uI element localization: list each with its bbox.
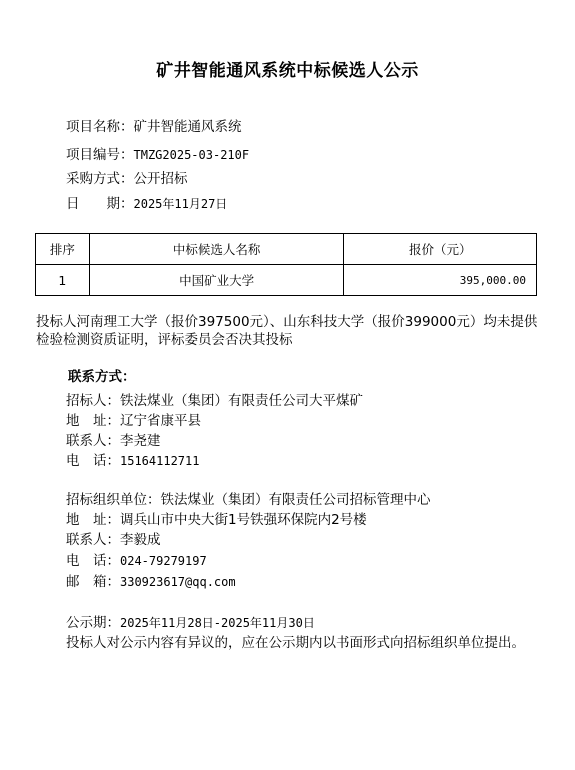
project-name-label: 项目名称： xyxy=(66,119,134,135)
agency-address-label: 地 址： xyxy=(66,512,120,528)
page-title: 矿井智能通风系统中标候选人公示 xyxy=(0,56,575,81)
agency-phone-label: 电 话： xyxy=(66,553,120,569)
header-price: 报价（元） xyxy=(344,234,537,265)
project-number-value: TMZG2025-03-210F xyxy=(134,148,250,162)
agency-row: 招标组织单位：铁法煤业（集团）有限责任公司招标管理中心 xyxy=(66,491,431,509)
date-value: 2025年11月27日 xyxy=(134,197,228,211)
tenderer-phone-value: 15164112711 xyxy=(120,454,199,468)
agency-email-label: 邮 箱： xyxy=(66,574,120,590)
procurement-method-label: 采购方式： xyxy=(66,171,134,187)
header-rank: 排序 xyxy=(36,234,90,265)
agency-label: 招标组织单位： xyxy=(66,492,161,508)
cell-candidate-name: 中国矿业大学 xyxy=(89,265,344,296)
project-number-row: 项目编号：TMZG2025-03-210F xyxy=(66,146,249,164)
tenderer-contact-row: 联系人：李尧建 xyxy=(66,432,161,450)
tenderer-row: 招标人：铁法煤业（集团）有限责任公司大平煤矿 xyxy=(66,392,363,410)
tenderer-address-row: 地 址：辽宁省康平县 xyxy=(66,412,201,430)
tenderer-phone-label: 电 话： xyxy=(66,453,120,469)
agency-phone-row: 电 话：024-79279197 xyxy=(66,552,207,570)
cell-rank: 1 xyxy=(36,265,90,296)
table-header-row: 排序 中标候选人名称 报价（元） xyxy=(36,234,537,265)
procurement-method-value: 公开招标 xyxy=(134,171,188,187)
tenderer-label: 招标人： xyxy=(66,393,120,409)
header-candidate-name: 中标候选人名称 xyxy=(89,234,344,265)
tenderer-contact-label: 联系人： xyxy=(66,433,120,449)
table-row: 1 中国矿业大学 395,000.00 xyxy=(36,265,537,296)
tenderer-address-value: 辽宁省康平县 xyxy=(120,413,201,429)
contact-heading: 联系方式： xyxy=(68,368,136,386)
date-row: 日 期：2025年11月27日 xyxy=(66,195,227,213)
tenderer-address-label: 地 址： xyxy=(66,413,120,429)
agency-contact-label: 联系人： xyxy=(66,532,120,548)
agency-contact-row: 联系人：李毅成 xyxy=(66,531,161,549)
procurement-method-row: 采购方式：公开招标 xyxy=(66,170,188,188)
agency-contact-value: 李毅成 xyxy=(120,532,161,548)
publicity-period-value: 2025年11月28日-2025年11月30日 xyxy=(120,616,315,630)
project-number-label: 项目编号： xyxy=(66,147,134,163)
agency-address-value: 调兵山市中央大街1号铁强环保院内2号楼 xyxy=(120,512,367,528)
agency-value: 铁法煤业（集团）有限责任公司招标管理中心 xyxy=(161,492,431,508)
agency-email-value: 330923617@qq.com xyxy=(120,575,236,589)
rejection-note: 投标人河南理工大学（报价397500元）、山东科技大学（报价399000元）均未… xyxy=(36,313,546,349)
candidate-table: 排序 中标候选人名称 报价（元） 1 中国矿业大学 395,000.00 xyxy=(35,233,537,296)
project-name-value: 矿井智能通风系统 xyxy=(134,119,242,135)
agency-email-row: 邮 箱：330923617@qq.com xyxy=(66,573,236,591)
publicity-period-label: 公示期： xyxy=(66,615,120,631)
date-label: 日 期： xyxy=(66,196,134,212)
tenderer-value: 铁法煤业（集团）有限责任公司大平煤矿 xyxy=(120,393,363,409)
tenderer-phone-row: 电 话：15164112711 xyxy=(66,452,199,470)
agency-address-row: 地 址：调兵山市中央大街1号铁强环保院内2号楼 xyxy=(66,511,367,529)
project-name-row: 项目名称：矿井智能通风系统 xyxy=(66,118,242,136)
publicity-period-row: 公示期：2025年11月28日-2025年11月30日 xyxy=(66,614,315,632)
agency-phone-value: 024-79279197 xyxy=(120,554,207,568)
cell-price: 395,000.00 xyxy=(344,265,537,296)
objection-notice: 投标人对公示内容有异议的，应在公示期内以书面形式向招标组织单位提出。 xyxy=(66,634,525,652)
tenderer-contact-value: 李尧建 xyxy=(120,433,161,449)
